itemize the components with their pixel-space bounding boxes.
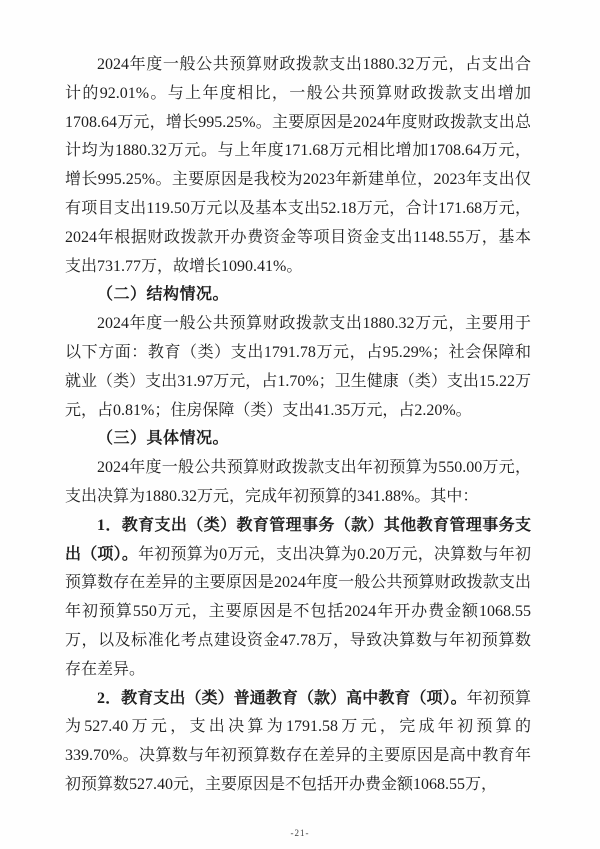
paragraph: 2024年度一般公共预算财政拨款支出1880.32万元，占支出合计的92.01%…: [65, 51, 531, 281]
paragraph-text: 2024年度一般公共预算财政拨款支出1880.32万元，主要用于以下方面：教育（…: [65, 315, 531, 418]
numbered-item-text: 年初预算为0万元，支出决算为0.20万元，决算数与年初预算数存在差异的主要原因是…: [65, 546, 531, 678]
paragraph: 2024年度一般公共预算财政拨款支出1880.32万元，主要用于以下方面：教育（…: [65, 310, 531, 425]
numbered-item-lead: 2．教育支出（类）普通教育（款）高中教育（项）。: [97, 690, 467, 707]
paragraph-text: 2024年度一般公共预算财政拨款支出1880.32万元，占支出合计的92.01%…: [65, 56, 531, 275]
section-heading: （二）结构情况。: [65, 281, 531, 310]
numbered-item: 2．教育支出（类）普通教育（款）高中教育（项）。年初预算为527.40万元，支出…: [65, 685, 531, 800]
section-heading: （三）具体情况。: [65, 425, 531, 454]
section-heading-label: （二）结构情况。: [97, 286, 229, 303]
section-heading-label: （三）具体情况。: [97, 430, 229, 447]
paragraph: 2024年度一般公共预算财政拨款支出年初预算为550.00万元，支出决算为188…: [65, 454, 531, 512]
page-number: -21-: [0, 828, 600, 838]
numbered-item: 1．教育支出（类）教育管理事务（款）其他教育管理事务支出（项）。年初预算为0万元…: [65, 512, 531, 685]
document-body: 2024年度一般公共预算财政拨款支出1880.32万元，占支出合计的92.01%…: [65, 51, 531, 800]
document-page: 2024年度一般公共预算财政拨款支出1880.32万元，占支出合计的92.01%…: [0, 0, 600, 849]
paragraph-text: 2024年度一般公共预算财政拨款支出年初预算为550.00万元，支出决算为188…: [65, 459, 531, 505]
